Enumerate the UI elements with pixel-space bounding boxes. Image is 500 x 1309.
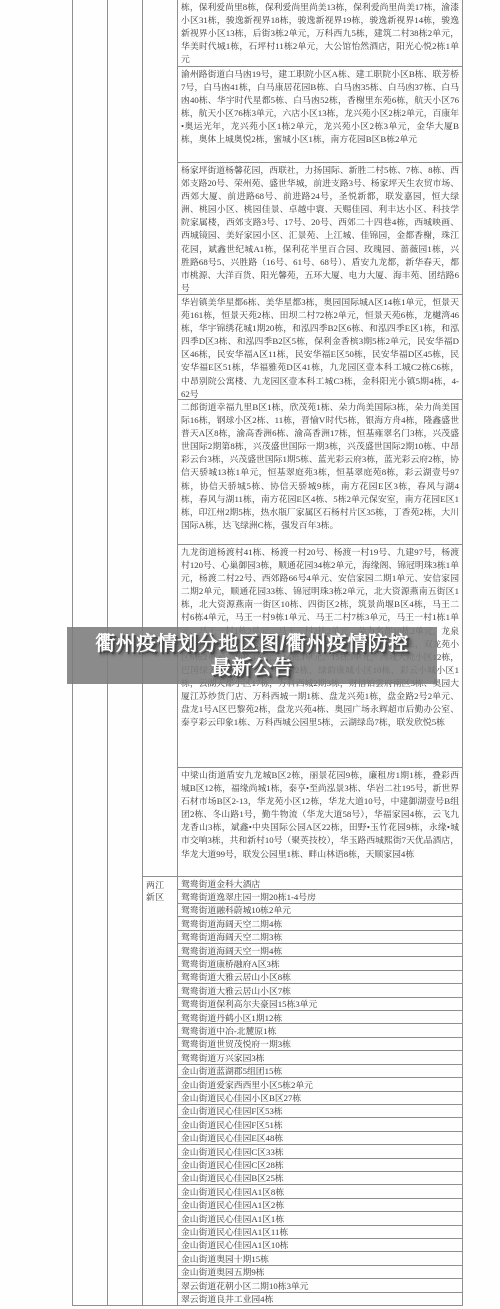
area-table-row: 金山街道民心佳园B区25栋: [178, 1172, 462, 1185]
area-table-row: 鸳鸯街道康桥融府A区3栋: [178, 957, 462, 970]
watermark-title-line1: 衢州疫情划分地区图/衢州疫情防控: [95, 632, 409, 656]
area-table-row: 二郎街道幸福九里B区1栋，欣茂苑1栋、朵力尚美国际3栋，朵力尚美国际16栋，钢球…: [178, 400, 462, 545]
area-table-row: 鸳鸯街道保利高尔夫豪园15栋3单元: [178, 998, 462, 1011]
upper-area-rows: 栋，保利爱尚里8栋，保利爱尚里尚美13栋，保利爱尚里尚美17栋，渝漆小区31栋，…: [178, 0, 462, 877]
area-table-row: 杨家坪街道杨馨花园，西联社，力扬国际、新胜二村5栋、7栋、8栋、西郊支路20号、…: [178, 163, 462, 295]
area-table-row: 翠云街道花朝小区二期10栋3单元: [178, 1279, 462, 1292]
area-table-row: 金山街道奥园五期9栋: [178, 1266, 462, 1279]
area-table-row: 鸳鸯街道大雅云居山小区7栋: [178, 984, 462, 997]
area-table-row: 金山街道爱家西西里小区5栋2单元: [178, 1078, 462, 1091]
area-table-row: 鸳鸯街道大雅云居山小区8栋: [178, 971, 462, 984]
area-table-row: 鸳鸯街道世贸茂悦府一期3栋: [178, 1038, 462, 1051]
area-table-row: 金山街道民心佳园C区33栋: [178, 1145, 462, 1158]
area-table-row: 鸳鸯街道海阔天空一期4栋: [178, 944, 462, 957]
area-table-row: 金山街道奥园十期15栋: [178, 1252, 462, 1265]
lower-area-rows: 鸳鸯街道金科大酒店 鸳鸯街道逸翠庄园一期20栋1-4号房 鸳鸯街道融科蔚城10栋…: [178, 877, 462, 1306]
area-table-row: 鸳鸯街道海阔天空二期3栋: [178, 931, 462, 944]
area-table-row: 鸳鸯街道中冶-北麓原1栋: [178, 1024, 462, 1037]
area-table-row: 翠云街道良井工业园4栋: [178, 1293, 462, 1306]
area-table-row: 金山街道民心佳园小区B区27栋: [178, 1092, 462, 1105]
area-table-row: 栋，保利爱尚里8栋，保利爱尚里尚美13栋，保利爱尚里尚美17栋，渝漆小区31栋，…: [178, 0, 462, 67]
district-section-divider: [142, 876, 178, 877]
area-table-row: 金山街道民心佳园A1区8栋: [178, 1185, 462, 1198]
district-cell-liangjiang: 两江新区: [143, 878, 176, 1305]
area-table-row: 鸳鸯街道金科大酒店: [178, 877, 462, 890]
area-table-row: 鸳鸯街道融科蔚城10栋2单元: [178, 904, 462, 917]
area-table-row: 金山街道民心佳园F区53栋: [178, 1105, 462, 1118]
watermark-title-line2: 最新公告: [211, 656, 293, 680]
area-table-row: 鸳鸯街道丹鹤小区1期12栋: [178, 1011, 462, 1024]
area-table-row: 金山街道民心佳园A1区2栋: [178, 1199, 462, 1212]
area-table-row: 金山街道民心佳园C区28栋: [178, 1159, 462, 1172]
area-table-row: 鸳鸯街道海阔天空二期4栋: [178, 917, 462, 930]
area-table-row: 中梁山街道盾安九龙城B区2栋，丽景花园9栋，廉租房1期1栋，叠彩西城B区12栋，…: [178, 768, 462, 877]
area-table-row: 金山街道民心佳园A1区11栋: [178, 1226, 462, 1239]
area-table-row: 金山街道蓝湖郡5组团15栋: [178, 1065, 462, 1078]
area-table-row: 鸳鸯街道逸翠庄园一期20栋1-4号房: [178, 890, 462, 903]
area-table-row: 金山街道民心佳园A1区1栋: [178, 1212, 462, 1225]
area-table-row: 金山街道民心佳园E区48栋: [178, 1132, 462, 1145]
area-table-row: 鸳鸯街道万兴家园3栋: [178, 1051, 462, 1064]
watermark-overlay: 衢州疫情划分地区图/衢州疫情防控 最新公告: [67, 627, 437, 684]
area-table-row: 华岩镇美华星都6栋、美华星都3栋，奥园国际城A区14栋1单元，恒景天苑161栋，…: [178, 295, 462, 400]
area-table-row: 渝州路街道白马凼19号，建工职院小区A栋、建工职院小区B栋、联芳桥7号，白马凼4…: [178, 67, 462, 163]
area-table-row: 金山街道民心佳园F区51栋: [178, 1118, 462, 1131]
epidemic-area-document: 两江新区 栋，保利爱尚里8栋，保利爱尚里尚美13栋，保利爱尚里尚美17栋，渝漆小…: [0, 0, 500, 1309]
area-table-row: 金山街道民心佳园A1区10栋: [178, 1239, 462, 1252]
table-right-border: [462, 0, 463, 1306]
